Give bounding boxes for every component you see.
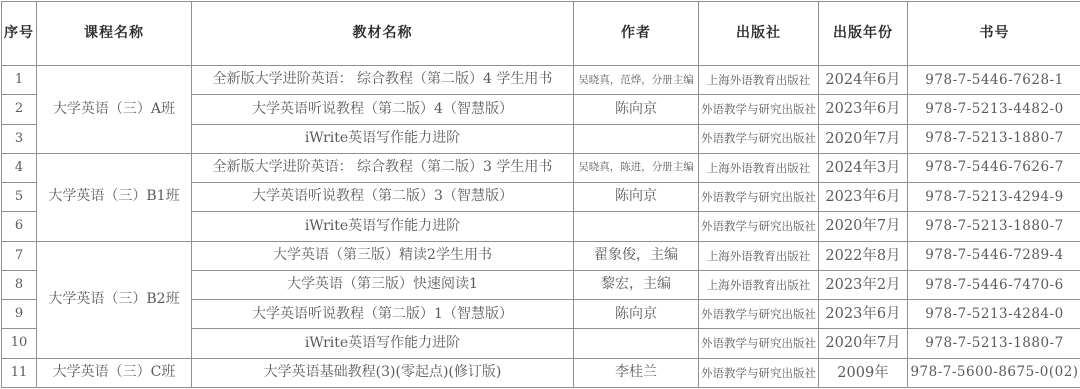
cell-num: 11	[2, 358, 37, 387]
cell-course: 大学英语（三）B2班	[37, 241, 192, 358]
col-header-year: 出版年份	[819, 2, 908, 66]
cell-num: 5	[2, 183, 37, 212]
table-header: 序号课程名称教材名称作者出版社出版年份书号	[2, 2, 1080, 66]
cell-year: 2024年3月	[819, 153, 908, 182]
cell-isbn: 978-7-5213-4482-0	[908, 95, 1080, 124]
cell-author: 吴晓真，范烨，分册主编	[574, 66, 699, 95]
cell-isbn: 978-7-5600-8675-0(02)	[908, 358, 1080, 387]
cell-textbook: 大学英语（第三版）快速阅读1	[192, 270, 574, 299]
cell-textbook: 全新版大学进阶英语： 综合教程（第二版）3 学生用书	[192, 153, 574, 182]
cell-textbook: iWrite英语写作能力进阶	[192, 124, 574, 153]
cell-author: 陈向京	[574, 300, 699, 329]
cell-num: 1	[2, 66, 37, 95]
cell-num: 9	[2, 300, 37, 329]
cell-author: 陈向京	[574, 183, 699, 212]
table-row: 1大学英语（三）A班全新版大学进阶英语： 综合教程（第二版）4 学生用书吴晓真，…	[2, 66, 1080, 95]
cell-publisher: 外语教学与研究出版社	[699, 183, 819, 212]
cell-textbook: 大学英语基础教程(3)(零起点)(修订版)	[192, 358, 574, 387]
cell-publisher: 外语教学与研究出版社	[699, 329, 819, 358]
cell-textbook: 大学英语（第三版）精读2学生用书	[192, 241, 574, 270]
table-row: 7大学英语（三）B2班大学英语（第三版）精读2学生用书翟象俊，主编上海外语教育出…	[2, 241, 1080, 270]
cell-isbn: 978-7-5213-4294-9	[908, 183, 1080, 212]
cell-num: 10	[2, 329, 37, 358]
cell-publisher: 外语教学与研究出版社	[699, 124, 819, 153]
cell-publisher: 上海外语教育出版社	[699, 241, 819, 270]
cell-author: 吴晓真，陈进，分册主编	[574, 153, 699, 182]
header-row: 序号课程名称教材名称作者出版社出版年份书号	[2, 2, 1080, 66]
cell-isbn: 978-7-5446-7289-4	[908, 241, 1080, 270]
cell-num: 8	[2, 270, 37, 299]
cell-textbook: 全新版大学进阶英语： 综合教程（第二版）4 学生用书	[192, 66, 574, 95]
col-header-textbook: 教材名称	[192, 2, 574, 66]
cell-author	[574, 329, 699, 358]
cell-num: 4	[2, 153, 37, 182]
cell-num: 2	[2, 95, 37, 124]
cell-isbn: 978-7-5446-7626-7	[908, 153, 1080, 182]
cell-publisher: 外语教学与研究出版社	[699, 358, 819, 387]
cell-course: 大学英语（三）C班	[37, 358, 192, 387]
cell-isbn: 978-7-5446-7470-6	[908, 270, 1080, 299]
col-header-author: 作者	[574, 2, 699, 66]
cell-year: 2009年	[819, 358, 908, 387]
cell-year: 2024年6月	[819, 66, 908, 95]
cell-textbook: 大学英语听说教程（第二版）1（智慧版）	[192, 300, 574, 329]
cell-isbn: 978-7-5446-7628-1	[908, 66, 1080, 95]
cell-isbn: 978-7-5213-1880-7	[908, 329, 1080, 358]
cell-publisher: 上海外语教育出版社	[699, 66, 819, 95]
col-header-isbn: 书号	[908, 2, 1080, 66]
cell-publisher: 外语教学与研究出版社	[699, 95, 819, 124]
cell-author: 翟象俊，主编	[574, 241, 699, 270]
cell-course: 大学英语（三）B1班	[37, 153, 192, 241]
cell-year: 2020年7月	[819, 212, 908, 241]
col-header-publisher: 出版社	[699, 2, 819, 66]
cell-year: 2020年7月	[819, 124, 908, 153]
cell-textbook: 大学英语听说教程（第二版）3（智慧版）	[192, 183, 574, 212]
cell-num: 3	[2, 124, 37, 153]
cell-course: 大学英语（三）A班	[37, 66, 192, 154]
cell-year: 2023年2月	[819, 270, 908, 299]
cell-isbn: 978-7-5213-4284-0	[908, 300, 1080, 329]
cell-publisher: 外语教学与研究出版社	[699, 212, 819, 241]
cell-num: 7	[2, 241, 37, 270]
cell-year: 2023年6月	[819, 183, 908, 212]
table-body: 1大学英语（三）A班全新版大学进阶英语： 综合教程（第二版）4 学生用书吴晓真，…	[2, 66, 1080, 388]
cell-year: 2022年8月	[819, 241, 908, 270]
col-header-num: 序号	[2, 2, 37, 66]
cell-textbook: iWrite英语写作能力进阶	[192, 329, 574, 358]
cell-year: 2023年6月	[819, 300, 908, 329]
table-row: 11大学英语（三）C班大学英语基础教程(3)(零起点)(修订版)李桂兰外语教学与…	[2, 358, 1080, 387]
cell-publisher: 上海外语教育出版社	[699, 153, 819, 182]
cell-author	[574, 124, 699, 153]
cell-author: 李桂兰	[574, 358, 699, 387]
cell-textbook: 大学英语听说教程（第二版）4（智慧版）	[192, 95, 574, 124]
cell-year: 2020年7月	[819, 329, 908, 358]
cell-author: 陈向京	[574, 95, 699, 124]
cell-year: 2023年6月	[819, 95, 908, 124]
cell-author	[574, 212, 699, 241]
cell-isbn: 978-7-5213-1880-7	[908, 212, 1080, 241]
cell-author: 黎宏，主编	[574, 270, 699, 299]
cell-isbn: 978-7-5213-1880-7	[908, 124, 1080, 153]
cell-publisher: 外语教学与研究出版社	[699, 300, 819, 329]
cell-publisher: 上海外语教育出版社	[699, 270, 819, 299]
textbook-table: 序号课程名称教材名称作者出版社出版年份书号 1大学英语（三）A班全新版大学进阶英…	[1, 1, 1080, 388]
table-row: 4大学英语（三）B1班全新版大学进阶英语： 综合教程（第二版）3 学生用书吴晓真…	[2, 153, 1080, 182]
cell-num: 6	[2, 212, 37, 241]
cell-textbook: iWrite英语写作能力进阶	[192, 212, 574, 241]
col-header-course: 课程名称	[37, 2, 192, 66]
